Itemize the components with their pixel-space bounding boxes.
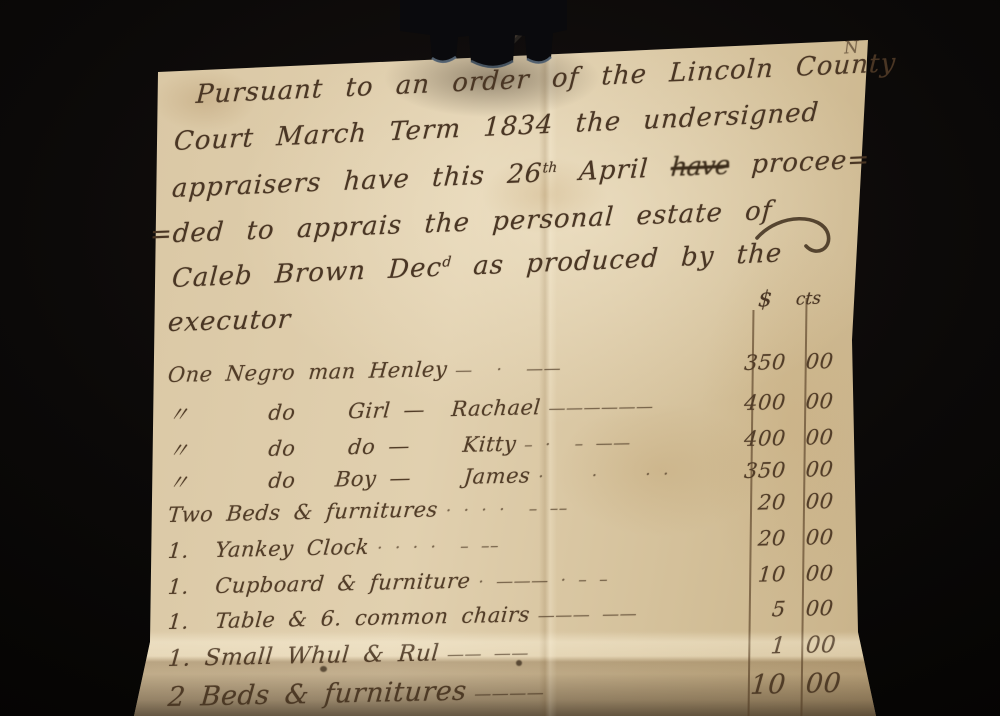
binder-clip-icon	[395, 0, 575, 86]
amount-dollars: 400	[729, 390, 795, 415]
ordinal-superscript: th	[542, 160, 558, 177]
amount-cents: 00	[793, 668, 854, 700]
item-description: 2 Beds & furnitures	[167, 676, 468, 713]
leader-dashes: – · – ——	[515, 431, 730, 456]
amount-cents: 00	[793, 489, 853, 514]
corner-mark: N	[843, 38, 859, 59]
amount-cents: 00	[793, 561, 853, 586]
cents-label: cts	[795, 288, 821, 309]
amount-dollars: 20	[729, 490, 795, 515]
amount-cents: 00	[793, 425, 853, 450]
leader-dashes: ——————	[540, 395, 731, 419]
photo-stage: Pursuant to an order of the Lincoln Coun…	[0, 0, 1000, 716]
leader-dashes: · · · ·	[529, 463, 730, 487]
amount-dollars: 5	[729, 597, 795, 622]
dollar-sign: $	[757, 287, 772, 313]
amount-dollars: 1	[729, 633, 795, 660]
leader-dashes: ————	[466, 679, 731, 705]
amount-cents: 00	[793, 632, 853, 659]
amount-dollars: 10	[729, 669, 796, 701]
amount-dollars: 350	[729, 458, 795, 483]
amount-cents: 00	[793, 457, 853, 482]
leader-dashes: ——— ——	[529, 602, 731, 626]
money-column-header: $cts	[757, 284, 821, 312]
item-description: 1. Yankey Clock	[167, 535, 370, 563]
amount-dollars: 20	[729, 526, 795, 551]
header-line-3-text: April	[556, 153, 672, 188]
amount-cents: 00	[793, 389, 853, 414]
header-line-6: executor	[167, 305, 293, 339]
amount-dollars: 350	[729, 350, 795, 375]
amount-dollars: 400	[729, 426, 795, 451]
amount-cents: 00	[793, 596, 853, 621]
ink-flourish	[752, 208, 844, 270]
header-line-3-text: procee=	[728, 145, 871, 181]
amount-dollars: 10	[729, 562, 795, 587]
struck-out-word: have	[670, 151, 730, 184]
amount-cents: 00	[793, 525, 853, 550]
amount-cents: 00	[793, 349, 853, 374]
